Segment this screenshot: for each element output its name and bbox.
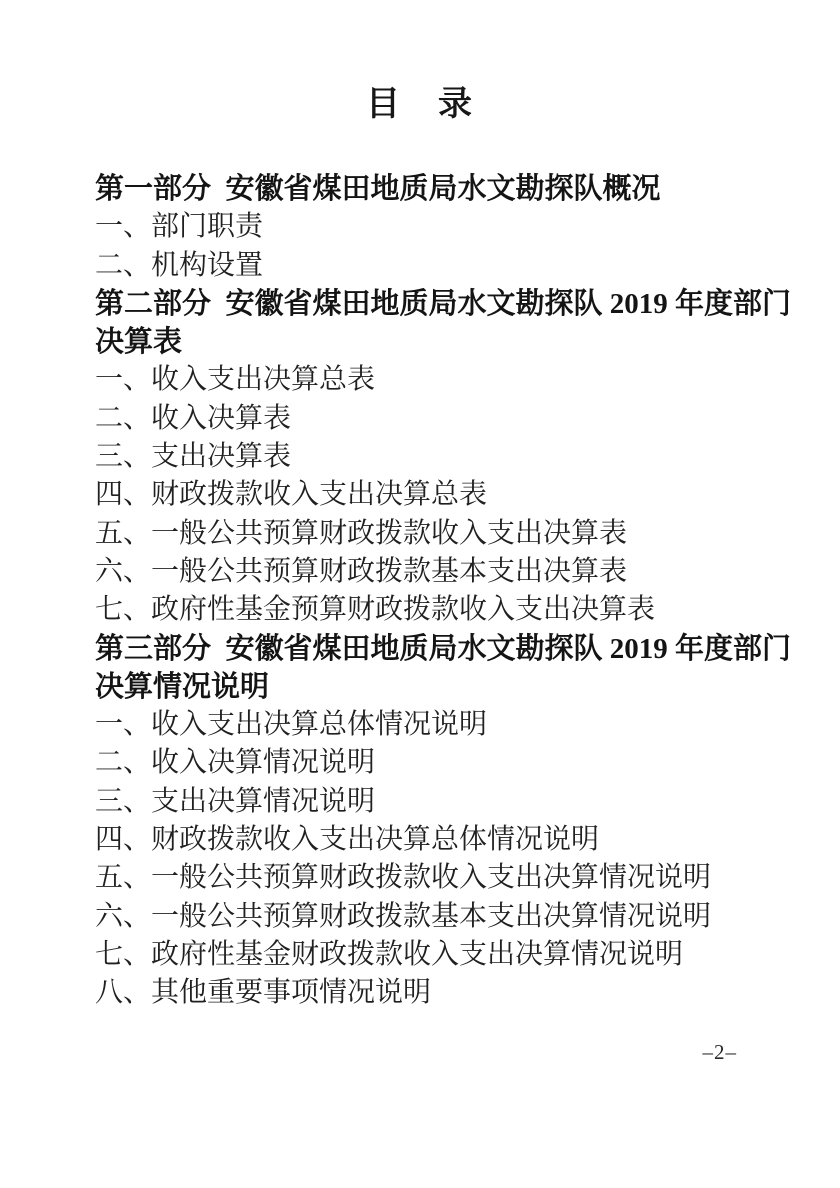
toc-item: 五、一般公共预算财政拨款收入支出决算表 xyxy=(95,515,775,553)
toc-item: 二、收入决算表 xyxy=(95,400,775,438)
page-number: –2– xyxy=(703,1040,738,1065)
toc-item: 八、其他重要事项情况说明 xyxy=(95,974,775,1012)
document-page: 目 录 第一部分 安徽省煤田地质局水文勘探队概况一、部门职责二、机构设置第二部分… xyxy=(0,0,840,1188)
page-title: 目 录 xyxy=(0,76,840,125)
toc-section-heading: 第二部分 安徽省煤田地质局水文勘探队 2019 年度部门 xyxy=(95,285,775,323)
toc-item: 六、一般公共预算财政拨款基本支出决算情况说明 xyxy=(95,898,775,936)
toc-section-heading: 决算情况说明 xyxy=(95,668,775,706)
toc-item: 三、支出决算情况说明 xyxy=(95,783,775,821)
toc-item: 七、政府性基金预算财政拨款收入支出决算表 xyxy=(95,591,775,629)
toc-item: 三、支出决算表 xyxy=(95,438,775,476)
toc-item: 五、一般公共预算财政拨款收入支出决算情况说明 xyxy=(95,859,775,897)
toc-item: 七、政府性基金财政拨款收入支出决算情况说明 xyxy=(95,936,775,974)
toc-section-heading: 决算表 xyxy=(95,323,775,361)
toc-item: 一、部门职责 xyxy=(95,208,775,246)
toc-item: 二、收入决算情况说明 xyxy=(95,744,775,782)
toc-item: 四、财政拨款收入支出决算总表 xyxy=(95,476,775,514)
toc-item: 四、财政拨款收入支出决算总体情况说明 xyxy=(95,821,775,859)
toc-item: 一、收入支出决算总表 xyxy=(95,361,775,399)
toc-item: 六、一般公共预算财政拨款基本支出决算表 xyxy=(95,553,775,591)
toc-section-heading: 第一部分 安徽省煤田地质局水文勘探队概况 xyxy=(95,170,775,208)
toc-section-heading: 第三部分 安徽省煤田地质局水文勘探队 2019 年度部门 xyxy=(95,630,775,668)
toc-list: 第一部分 安徽省煤田地质局水文勘探队概况一、部门职责二、机构设置第二部分 安徽省… xyxy=(95,170,775,1013)
toc-item: 一、收入支出决算总体情况说明 xyxy=(95,706,775,744)
toc-item: 二、机构设置 xyxy=(95,247,775,285)
